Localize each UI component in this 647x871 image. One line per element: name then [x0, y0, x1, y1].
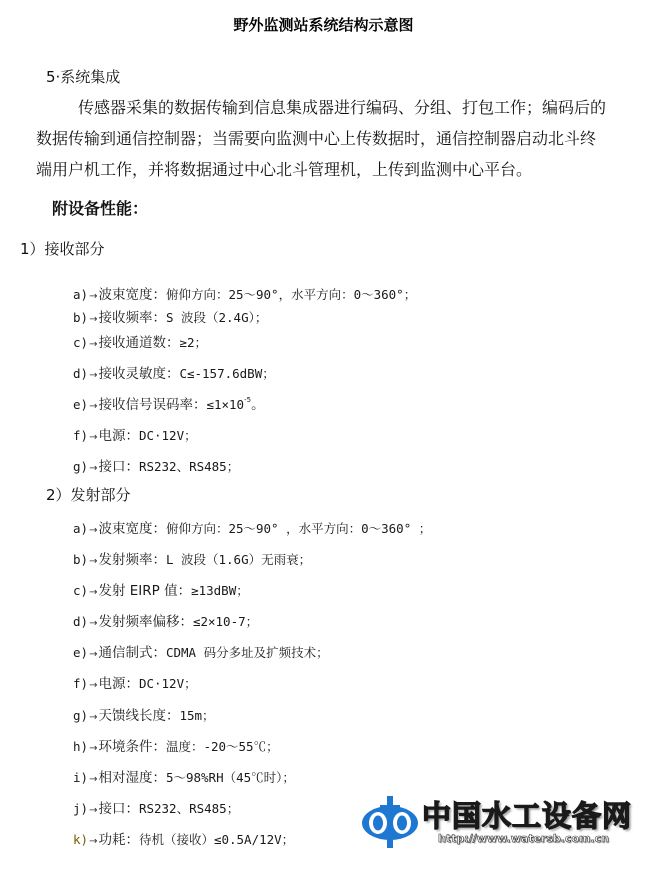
item-name: 接口：: [98, 459, 139, 475]
item-name: 相对湿度：: [98, 770, 166, 786]
item-label: i): [73, 770, 88, 785]
item-label: b): [73, 552, 88, 567]
arrow-icon: →: [89, 774, 97, 785]
transmit-item-a: a)→波束宽度：俯仰方向：25～90° ，水平方向：0～360° ；: [73, 517, 431, 537]
item-name: 发射频率偏移：: [98, 614, 193, 630]
item-label: b): [73, 310, 88, 325]
item-value: DC·12V；: [139, 428, 197, 443]
arrow-icon: →: [89, 432, 97, 443]
item-label: j): [73, 801, 88, 816]
receive-item-c: c)→接收通道数：≥2；: [73, 331, 207, 351]
transmit-item-k: k)→功耗：待机（接收）≤0.5A/12V；: [73, 828, 294, 848]
receive-item-b: b)→接收频率：S 波段（2.4G）；: [73, 306, 267, 326]
arrow-icon: →: [89, 680, 97, 691]
item-value: DC·12V；: [139, 676, 197, 691]
item-name: 接收灵敏度：: [98, 366, 179, 382]
item-name: 电源：: [98, 676, 139, 692]
arrow-icon: →: [89, 556, 97, 567]
transmit-item-b: b)→发射频率：L 波段（1.6G）无雨衰；: [73, 548, 311, 568]
item-label: a): [73, 521, 88, 536]
item-suffix: 。: [251, 397, 265, 413]
item-name: 接口：: [98, 801, 139, 817]
arrow-icon: →: [89, 712, 97, 723]
item-value: ≤2×10-7；: [193, 614, 258, 629]
item-label: k): [73, 832, 88, 847]
item-name: 功耗：: [98, 832, 139, 848]
item-name: 接收频率：: [98, 310, 166, 326]
arrow-icon: →: [89, 587, 97, 598]
item-value: RS232、RS485；: [139, 459, 239, 474]
transmit-item-c: c)→发射 EIRP 值：≥13dBW；: [73, 579, 249, 599]
item-value: CDMA 码分多址及扩频技术；: [166, 645, 329, 660]
item-value: 5～98%RH（45℃时）；: [166, 770, 295, 785]
item-label: c): [73, 335, 88, 350]
item-value: 待机（接收）≤0.5A/12V；: [139, 832, 294, 847]
item-name: 波束宽度：: [98, 521, 166, 537]
item-name: 接收信号误码率：: [98, 397, 206, 413]
watermark-url: http://www.watersb.com.cn: [438, 832, 609, 845]
arrow-icon: →: [89, 463, 97, 474]
arrow-icon: →: [89, 370, 97, 381]
transmit-item-d: d)→发射频率偏移：≤2×10-7；: [73, 610, 258, 630]
watermark: 中国水工设备网 http://www.watersb.com.cn: [360, 790, 640, 852]
receive-item-f: f)→电源：DC·12V；: [73, 424, 197, 444]
item-label: h): [73, 739, 88, 754]
item-value: 俯仰方向：25～90° ，水平方向：0～360° ；: [166, 521, 431, 536]
item-label: a): [73, 287, 88, 302]
item-value: 温度：-20～55℃；: [166, 739, 279, 754]
transmit-item-i: i)→相对湿度：5～98%RH（45℃时）；: [73, 766, 295, 786]
transmit-item-f: f)→电源：DC·12V；: [73, 672, 197, 692]
item-value: C≤-157.6dBW；: [179, 366, 274, 381]
arrow-icon: →: [89, 339, 97, 350]
item-label: e): [73, 397, 88, 412]
item-name: 电源：: [98, 428, 139, 444]
transmit-item-e: e)→通信制式：CDMA 码分多址及扩频技术；: [73, 641, 329, 661]
watersb-logo-icon: [360, 790, 422, 852]
item-label: e): [73, 645, 88, 660]
item-name: 环境条件：: [98, 739, 166, 755]
receive-item-e: e)→接收信号误码率：≤1×10-5。: [73, 393, 265, 413]
receive-section-heading: 1）接收部分: [20, 238, 105, 259]
item-value: S 波段（2.4G）；: [166, 310, 267, 325]
arrow-icon: →: [89, 314, 97, 325]
equipment-performance-heading: 附设备性能：: [52, 196, 148, 219]
transmit-item-j: j)→接口：RS232、RS485；: [73, 797, 239, 817]
arrow-icon: →: [89, 618, 97, 629]
arrow-icon: →: [89, 649, 97, 660]
watermark-site-name: 中国水工设备网: [422, 794, 632, 835]
arrow-icon: →: [89, 401, 97, 412]
receive-item-d: d)→接收灵敏度：C≤-157.6dBW；: [73, 362, 275, 382]
item-label: g): [73, 459, 88, 474]
item-value: ≥13dBW；: [191, 583, 249, 598]
item-value: ≥2；: [179, 335, 207, 350]
item-value: 俯仰方向：25～90°，水平方向：0～360°；: [166, 287, 416, 302]
item-value: ≤1×10: [206, 397, 244, 412]
arrow-icon: →: [89, 291, 97, 302]
item-name: 天馈线长度：: [98, 708, 179, 724]
item-label: g): [73, 708, 88, 723]
item-label: f): [73, 428, 88, 443]
item-value: 15m；: [179, 708, 214, 723]
paragraph-line-3: 端用户机工作，并将数据通过中心北斗管理机，上传到监测中心平台。: [36, 154, 532, 185]
item-name: 接收通道数：: [98, 335, 179, 351]
receive-item-a: a)→波束宽度：俯仰方向：25～90°，水平方向：0～360°；: [73, 283, 416, 303]
item-label: d): [73, 366, 88, 381]
section-heading: 5·系统集成: [46, 66, 120, 87]
arrow-icon: →: [89, 743, 97, 754]
arrow-icon: →: [89, 805, 97, 816]
item-name: 发射 EIRP 值：: [98, 583, 191, 599]
paragraph-line-2: 数据传输到通信控制器；当需要向监测中心上传数据时，通信控制器启动北斗终: [36, 123, 596, 154]
transmit-item-g: g)→天馈线长度：15m；: [73, 704, 215, 724]
arrow-icon: →: [89, 525, 97, 536]
item-value: RS232、RS485；: [139, 801, 239, 816]
item-label: f): [73, 676, 88, 691]
transmit-section-heading: 2）发射部分: [46, 484, 131, 505]
paragraph-line-1: 传感器采集的数据传输到信息集成器进行编码、分组、打包工作；编码后的: [78, 92, 606, 123]
item-label: d): [73, 614, 88, 629]
item-name: 发射频率：: [98, 552, 166, 568]
document-title: 野外监测站系统结构示意图: [0, 14, 647, 35]
receive-item-g: g)→接口：RS232、RS485；: [73, 455, 239, 475]
item-name: 波束宽度：: [98, 287, 166, 303]
arrow-icon: →: [89, 836, 97, 847]
transmit-item-h: h)→环境条件：温度：-20～55℃；: [73, 735, 279, 755]
item-value: L 波段（1.6G）无雨衰；: [166, 552, 311, 567]
item-label: c): [73, 583, 88, 598]
item-name: 通信制式：: [98, 645, 166, 661]
